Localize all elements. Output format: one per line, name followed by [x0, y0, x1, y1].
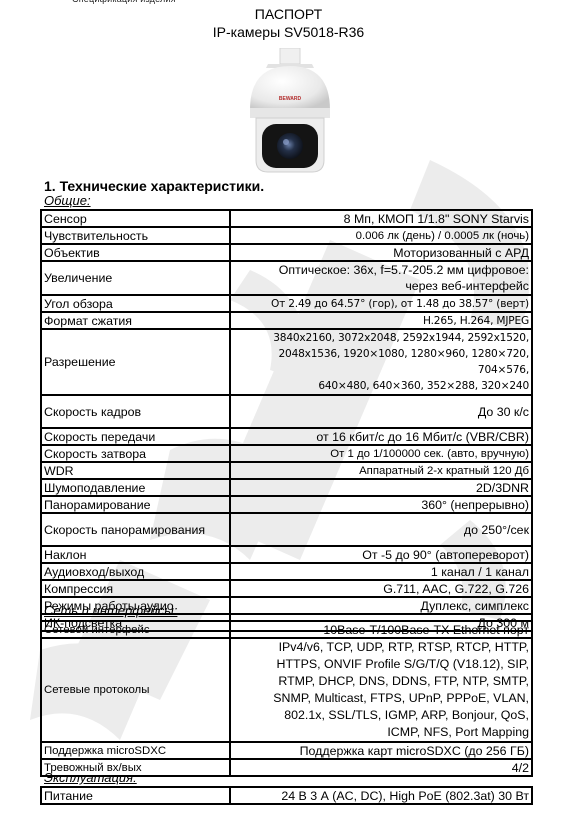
table-row: Сенсор8 Мп, КМОП 1/1.8" SONY Starvis	[41, 210, 532, 227]
spec-value-line: ICMP, NFS, Port Mapping	[233, 724, 529, 741]
spec-table: Питание24 В 3 А (AC, DC), High PoE (802.…	[40, 786, 533, 805]
spec-value-line: Оптическое: 36x, f=5.7-205.2 мм цифровое…	[233, 262, 529, 278]
spec-value: 24 В 3 А (AC, DC), High PoE (802.3at) 30…	[230, 787, 532, 804]
camera-brand-logo: BEWARD	[279, 96, 302, 102]
spec-key: Сенсор	[41, 210, 230, 227]
spec-key: Скорость передачи	[41, 428, 230, 445]
spec-value-line: 802.1x, SSL/TLS, IGMP, ARP, Bonjour, QoS…	[233, 707, 529, 724]
spec-value: Поддержка карт microSDXC (до 256 ГБ)	[230, 742, 532, 759]
spec-key: Формат сжатия	[41, 312, 230, 329]
spec-key: Аудиовход/выход	[41, 563, 230, 580]
spec-value: 8 Мп, КМОП 1/1.8" SONY Starvis	[230, 210, 532, 227]
spec-value-line: 3840x2160, 3072x2048, 2592x1944, 2592x15…	[233, 330, 529, 346]
spec-value: От -5 до 90° (автопереворот)	[230, 546, 532, 563]
document-title: ПАСПОРТ	[0, 6, 577, 22]
table-row: НаклонОт -5 до 90° (автопереворот)	[41, 546, 532, 563]
spec-value-line: IPv4/v6, TCP, UDP, RTP, RTSP, RTCP, HTTP…	[233, 639, 529, 656]
spec-key: Панорамирование	[41, 496, 230, 513]
spec-value: От 1 до 1/100000 сек. (авто, вручную)	[230, 445, 532, 462]
spec-value: Аппаратный 2-х кратный 120 Дб	[230, 462, 532, 479]
spec-value: Дуплекс, симплекс	[230, 597, 532, 614]
table-row: Шумоподавление2D/3DNR	[41, 479, 532, 496]
spec-value: 10Base-T/100Base-TX Ethernet порт	[230, 621, 532, 638]
table-row: УвеличениеОптическое: 36x, f=5.7-205.2 м…	[41, 261, 532, 295]
spec-value-line: 640×480, 640×360, 352×288, 320×240	[233, 378, 529, 394]
table-row: Формат сжатияH.265, H.264, MJPEG	[41, 312, 532, 329]
spec-key: Сетевой интерфейс	[41, 621, 230, 638]
spec-key: WDR	[41, 462, 230, 479]
table-row: Угол обзораОт 2.49 до 64.57° (гор), от 1…	[41, 295, 532, 312]
subsection-heading: Общие:	[44, 193, 91, 208]
spec-table: Сенсор8 Мп, КМОП 1/1.8" SONY StarvisЧувс…	[40, 209, 533, 632]
spec-value: H.265, H.264, MJPEG	[230, 312, 532, 329]
subsection-heading: Сеть и интерфейсы:	[44, 603, 177, 618]
spec-key: Разрешение	[41, 329, 230, 395]
spec-key: Скорость кадров	[41, 395, 230, 428]
spec-key: Увеличение	[41, 261, 230, 295]
spec-value: G.711, AAC, G.722, G.726	[230, 580, 532, 597]
spec-key: Чувствительность	[41, 227, 230, 244]
spec-value-line: RTMP, DHCP, DNS, DDNS, FTP, NTP, SMTP,	[233, 673, 529, 690]
spec-table: Сетевой интерфейс10Base-T/100Base-TX Eth…	[40, 620, 533, 777]
table-row: Сетевые протоколыIPv4/v6, TCP, UDP, RTP,…	[41, 638, 532, 742]
table-row: Разрешение3840x2160, 3072x2048, 2592x194…	[41, 329, 532, 395]
table-row: Панорамирование360° (непрерывно)	[41, 496, 532, 513]
spec-value: 0.006 лк (день) / 0.0005 лк (ночь)	[230, 227, 532, 244]
table-row: Скорость передачиот 16 кбит/с до 16 Мбит…	[41, 428, 532, 445]
spec-key: Угол обзора	[41, 295, 230, 312]
document-subtitle: IP-камеры SV5018-R36	[0, 24, 577, 40]
ptz-dome-camera-image: BEWARD	[244, 48, 336, 176]
spec-value: 360° (непрерывно)	[230, 496, 532, 513]
table-row: ОбъективМоторизованный с АРД	[41, 244, 532, 261]
spec-key: Объектив	[41, 244, 230, 261]
spec-value: 4/2	[230, 759, 532, 776]
table-row: Аудиовход/выход1 канал / 1 канал	[41, 563, 532, 580]
spec-key: Скорость панорамирования	[41, 513, 230, 546]
spec-value: До 30 к/с	[230, 395, 532, 428]
spec-value: 2D/3DNR	[230, 479, 532, 496]
spec-key: Сетевые протоколы	[41, 638, 230, 742]
table-row: WDRАппаратный 2-х кратный 120 Дб	[41, 462, 532, 479]
spec-value: Оптическое: 36x, f=5.7-205.2 мм цифровое…	[230, 261, 532, 295]
table-row: Скорость кадровДо 30 к/с	[41, 395, 532, 428]
spec-value-line: 2048x1536, 1920×1080, 1280×960, 1280×720…	[233, 346, 529, 378]
table-row: КомпрессияG.711, AAC, G.722, G.726	[41, 580, 532, 597]
table-row: Чувствительность0.006 лк (день) / 0.0005…	[41, 227, 532, 244]
subsection-heading: Эксплуатация:	[44, 770, 137, 785]
spec-key: Наклон	[41, 546, 230, 563]
header-fragment: Спецификация изделия	[72, 0, 176, 4]
spec-value: 3840x2160, 3072x2048, 2592x1944, 2592x15…	[230, 329, 532, 395]
spec-value: От 2.49 до 64.57° (гор), от 1.48 до 38.5…	[230, 295, 532, 312]
table-row: Сетевой интерфейс10Base-T/100Base-TX Eth…	[41, 621, 532, 638]
spec-value-line: SNMP, Multicast, FTPS, UPnP, PPPoE, VLAN…	[233, 690, 529, 707]
table-row: Скорость затвораОт 1 до 1/100000 сек. (а…	[41, 445, 532, 462]
spec-key: Поддержка microSDXC	[41, 742, 230, 759]
section-title: 1. Технические характеристики.	[44, 178, 264, 194]
spec-value: IPv4/v6, TCP, UDP, RTP, RTSP, RTCP, HTTP…	[230, 638, 532, 742]
spec-value-line: через веб-интерфейс	[233, 278, 529, 294]
table-row: Скорость панорамированиядо 250°/сек	[41, 513, 532, 546]
spec-key: Питание	[41, 787, 230, 804]
spec-key: Скорость затвора	[41, 445, 230, 462]
spec-key: Шумоподавление	[41, 479, 230, 496]
table-row: Поддержка microSDXCПоддержка карт microS…	[41, 742, 532, 759]
table-row: Питание24 В 3 А (AC, DC), High PoE (802.…	[41, 787, 532, 804]
spec-value-line: HTTPS, ONVIF Profile S/G/T/Q (V18.12), S…	[233, 656, 529, 673]
spec-value: до 250°/сек	[230, 513, 532, 546]
spec-value: 1 канал / 1 канал	[230, 563, 532, 580]
spec-value: Моторизованный с АРД	[230, 244, 532, 261]
spec-key: Компрессия	[41, 580, 230, 597]
spec-value: от 16 кбит/с до 16 Мбит/с (VBR/CBR)	[230, 428, 532, 445]
